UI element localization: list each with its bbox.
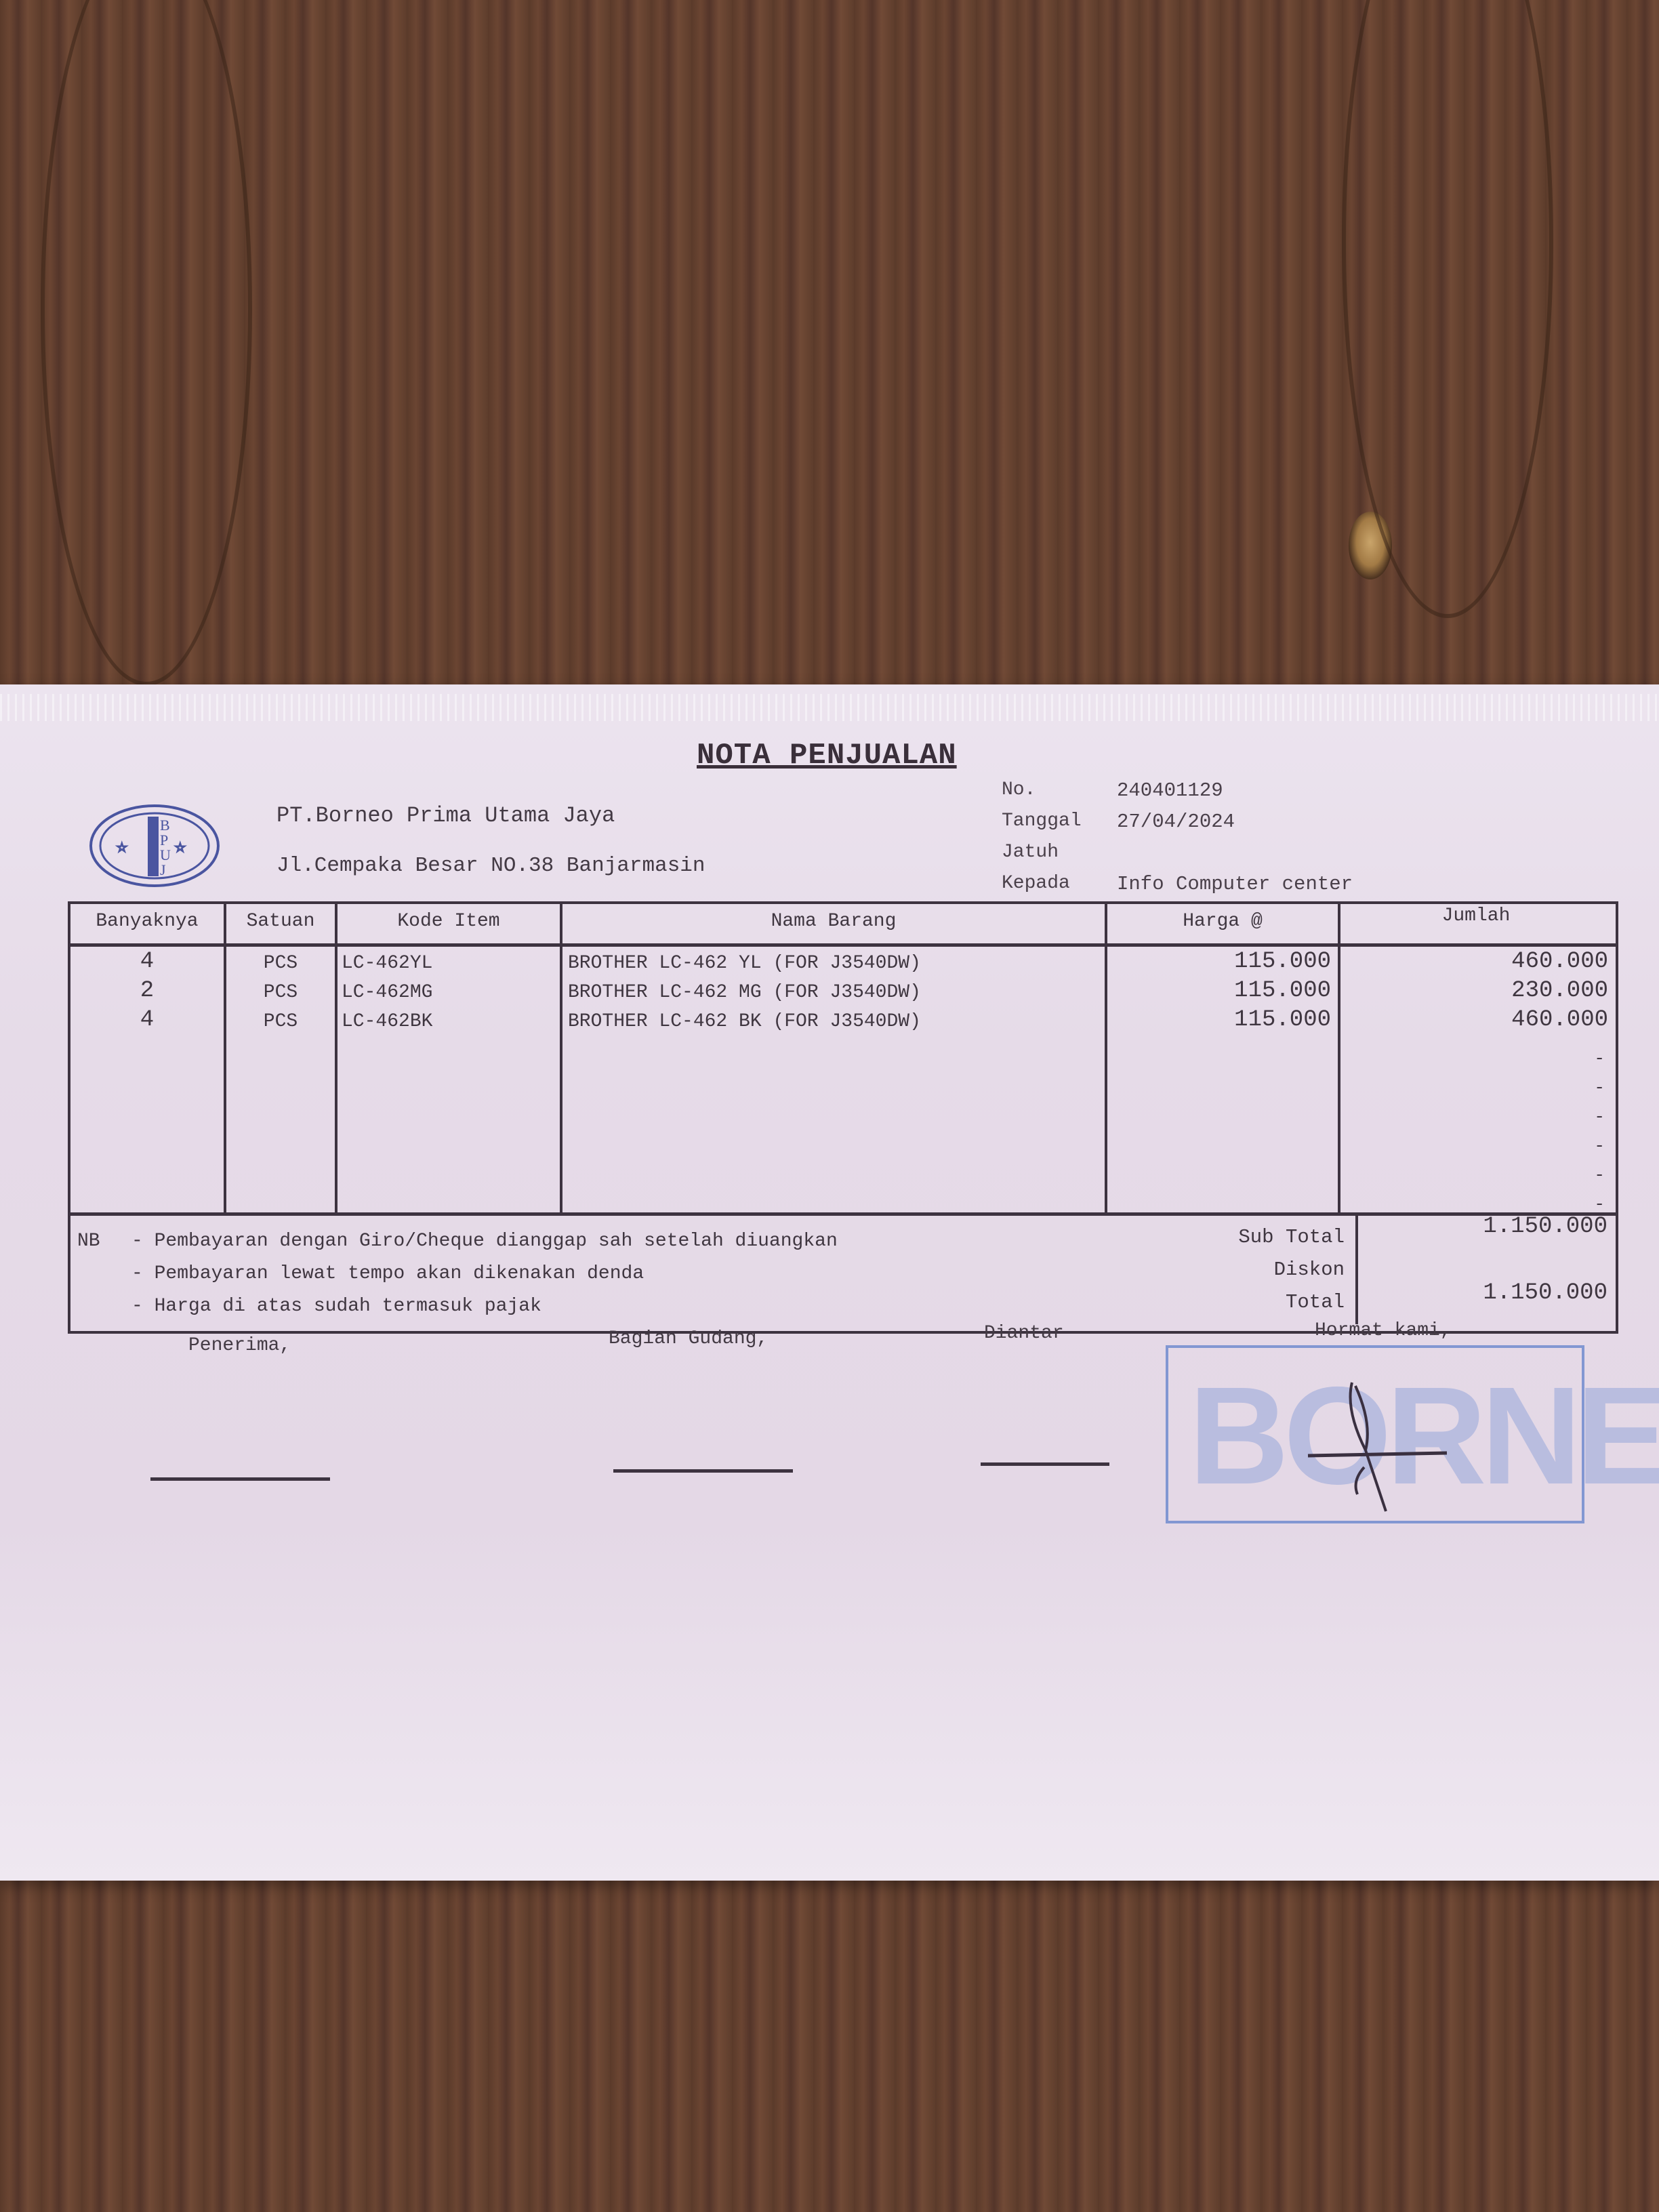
cell-amount: 460.000 [1340,1007,1608,1033]
cell-name: BROTHER LC-462 YL (FOR J3540DW) [568,953,1103,974]
note-item: - Pembayaran lewat tempo akan dikenakan … [77,1258,838,1290]
document-title: NOTA PENJUALAN [697,739,957,773]
meta-date: Tanggal 27/04/2024 [1002,811,1353,842]
cell-amount: 460.000 [1340,949,1608,975]
invoice-date: 27/04/2024 [1117,811,1235,842]
svg-text:J: J [160,861,166,878]
receiver-signature-line [150,1477,330,1481]
cell-unit: PCS [226,953,335,974]
discount-label: Diskon [1238,1254,1345,1286]
cell-price: 115.000 [1107,978,1331,1004]
svg-text:☆: ☆ [117,837,127,857]
delivered-signature-line [981,1462,1109,1466]
perforated-edge [0,694,1659,721]
total-label: Total [1238,1286,1345,1319]
customer-name: Info Computer center [1117,873,1353,904]
header-unit: Satuan [226,911,335,932]
totals-values: 1.150.000 1.150.000 [1355,1212,1616,1324]
cell-name: BROTHER LC-462 MG (FOR J3540DW) [568,982,1103,1003]
sales-invoice: NOTA PENJUALAN B P U J ☆ ☆ PT.Borneo Pri… [0,684,1659,1881]
empty-row-marker: - [1594,1078,1605,1098]
receiver-label: Penerima, [188,1335,291,1356]
signature-icon [1305,1376,1454,1518]
empty-row-marker: - [1594,1136,1605,1156]
empty-row-marker: - [1594,1165,1605,1185]
invoice-number: 240401129 [1117,779,1223,811]
meta-customer: Kepada Info Computer center [1002,873,1353,904]
cell-unit: PCS [226,982,335,1003]
regards-label: Hormat kami, [1315,1320,1452,1341]
col-code [337,904,562,1212]
note-item: - Pembayaran dengan Giro/Cheque dianggap… [131,1225,838,1258]
invoice-meta: No. 240401129 Tanggal 27/04/2024 Jatuh K… [1002,779,1353,904]
note-item: - Harga di atas sudah termasuk pajak [77,1290,838,1323]
cell-price: 115.000 [1107,1007,1331,1033]
company-name: PT.Borneo Prima Utama Jaya [276,803,615,828]
company-logo-icon: B P U J ☆ ☆ [88,803,221,888]
table-footer: NB - Pembayaran dengan Giro/Cheque diang… [68,1212,1618,1334]
svg-text:☆: ☆ [175,837,186,857]
subtotal-value: 1.150.000 [1483,1214,1607,1240]
header-amount: Jumlah [1340,905,1612,926]
col-name [562,904,1107,1212]
notes: NB - Pembayaran dengan Giro/Cheque diang… [77,1225,838,1323]
meta-due: Jatuh [1002,842,1353,873]
cell-name: BROTHER LC-462 BK (FOR J3540DW) [568,1011,1103,1032]
empty-row-marker: - [1594,1048,1605,1069]
cell-qty: 4 [70,949,224,975]
cell-unit: PCS [226,1011,335,1032]
delivered-label: Diantar [984,1323,1064,1344]
cell-code: LC-462MG [342,982,558,1003]
col-unit [226,904,337,1212]
header-price: Harga @ [1107,911,1338,932]
totals-labels: Sub Total Diskon Total [1238,1221,1345,1319]
cell-price: 115.000 [1107,949,1331,975]
header-divider [70,943,1616,947]
cell-amount: 230.000 [1340,978,1608,1004]
header-code: Kode Item [337,911,560,932]
notes-label: NB [77,1225,131,1258]
items-grid: Banyaknya Satuan Kode Item Nama Barang H… [68,901,1618,1212]
cell-code: LC-462BK [342,1011,558,1032]
empty-row-marker: - [1594,1107,1605,1127]
warehouse-signature-line [613,1469,793,1473]
meta-number: No. 240401129 [1002,779,1353,811]
items-table: Banyaknya Satuan Kode Item Nama Barang H… [68,901,1618,1334]
total-value: 1.150.000 [1483,1280,1607,1306]
company-address: Jl.Cempaka Besar NO.38 Banjarmasin [276,854,705,878]
cell-qty: 2 [70,978,224,1004]
cell-code: LC-462YL [342,953,558,974]
empty-row-marker: - [1594,1194,1605,1214]
header-qty: Banyaknya [70,911,224,932]
header-name: Nama Barang [562,911,1105,932]
wood-grain [41,0,252,686]
subtotal-label: Sub Total [1238,1221,1345,1254]
warehouse-label: Bagian Gudang, [609,1328,768,1349]
cell-qty: 4 [70,1007,224,1033]
